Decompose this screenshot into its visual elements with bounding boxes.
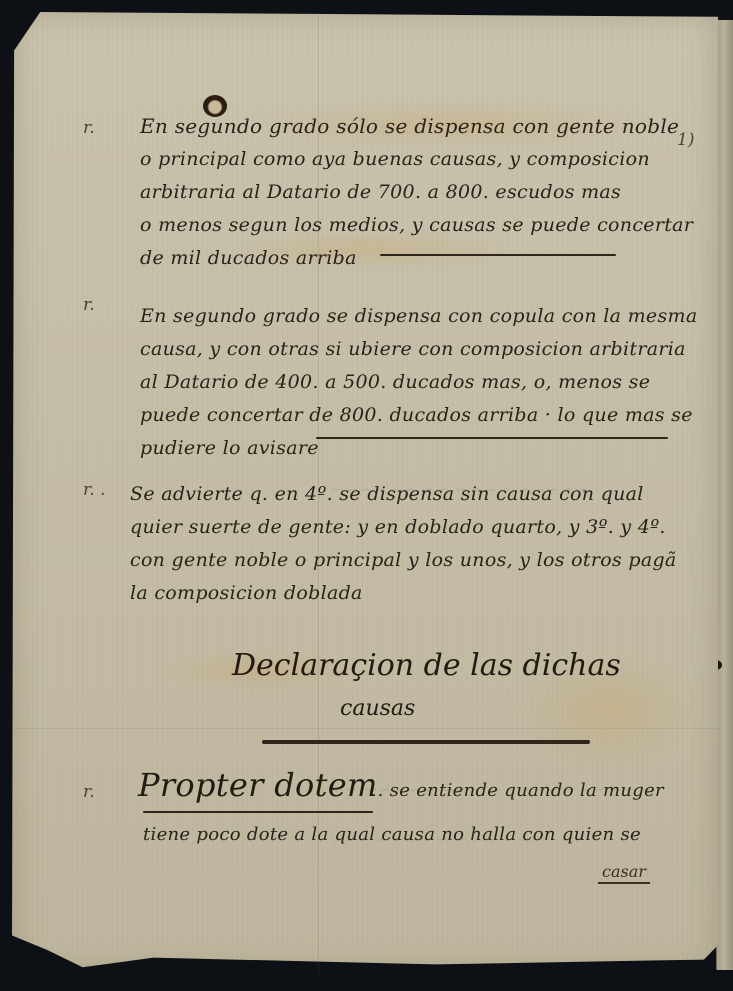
text-line: . se entiende quando la muger — [378, 780, 664, 801]
text-line: o principal como aya buenas causas, y co… — [140, 143, 693, 176]
next-page-edge — [716, 20, 733, 970]
margin-mark: r. — [83, 118, 95, 138]
paragraph-3: Se advierte q. en 4º. se dispensa sin ca… — [130, 478, 677, 610]
text-line: al Datario de 400. a 500. ducados mas, o… — [140, 366, 697, 399]
manuscript-viewer: ~~~~~ ~~~~ ~~ ~~~~~~ ~~~~ ~~~~~~ ~~~ ~~~… — [0, 0, 733, 991]
text-line: En segundo grado sólo se dispensa con ge… — [140, 110, 693, 143]
line-filler-rule — [380, 254, 616, 256]
term-propter-dotem: Propter dotem — [138, 766, 378, 804]
line-filler-rule — [316, 437, 668, 439]
text-line: la composicion doblada — [130, 577, 677, 610]
catchword: casar — [598, 862, 650, 884]
text-line: de mil ducados arriba — [140, 242, 693, 275]
heading-underline — [262, 740, 590, 744]
section-heading: Declaraçion de las dichas — [232, 648, 621, 683]
text-line: con gente noble o principal y los unos, … — [130, 544, 677, 577]
final-paragraph-line-2: tiene poco dote a la qual causa no halla… — [143, 824, 641, 845]
section-heading-continued: causas — [340, 696, 415, 721]
final-paragraph-line-1: Propter dotem. se entiende quando la mug… — [138, 766, 664, 804]
text-line: puede concertar de 800. ducados arriba ·… — [140, 399, 697, 432]
text-line: Se advierte q. en 4º. se dispensa sin ca… — [130, 478, 677, 511]
margin-mark: r. — [83, 782, 95, 802]
text-line: quier suerte de gente: y en doblado quar… — [130, 511, 677, 544]
text-line: En segundo grado se dispensa con copula … — [140, 300, 697, 333]
right-margin-mark: 1) — [677, 130, 694, 150]
paragraph-2: En segundo grado se dispensa con copula … — [140, 300, 697, 465]
margin-mark: r. . — [83, 480, 105, 500]
paragraph-1: En segundo grado sólo se dispensa con ge… — [140, 110, 693, 275]
term-underline — [143, 811, 373, 813]
text-line: causa, y con otras si ubiere con composi… — [140, 333, 697, 366]
text-line: arbitraria al Datario de 700. a 800. esc… — [140, 176, 693, 209]
text-line: o menos segun los medios, y causas se pu… — [140, 209, 693, 242]
paper-fold-horizontal — [12, 728, 718, 729]
margin-mark: r. — [83, 295, 95, 315]
